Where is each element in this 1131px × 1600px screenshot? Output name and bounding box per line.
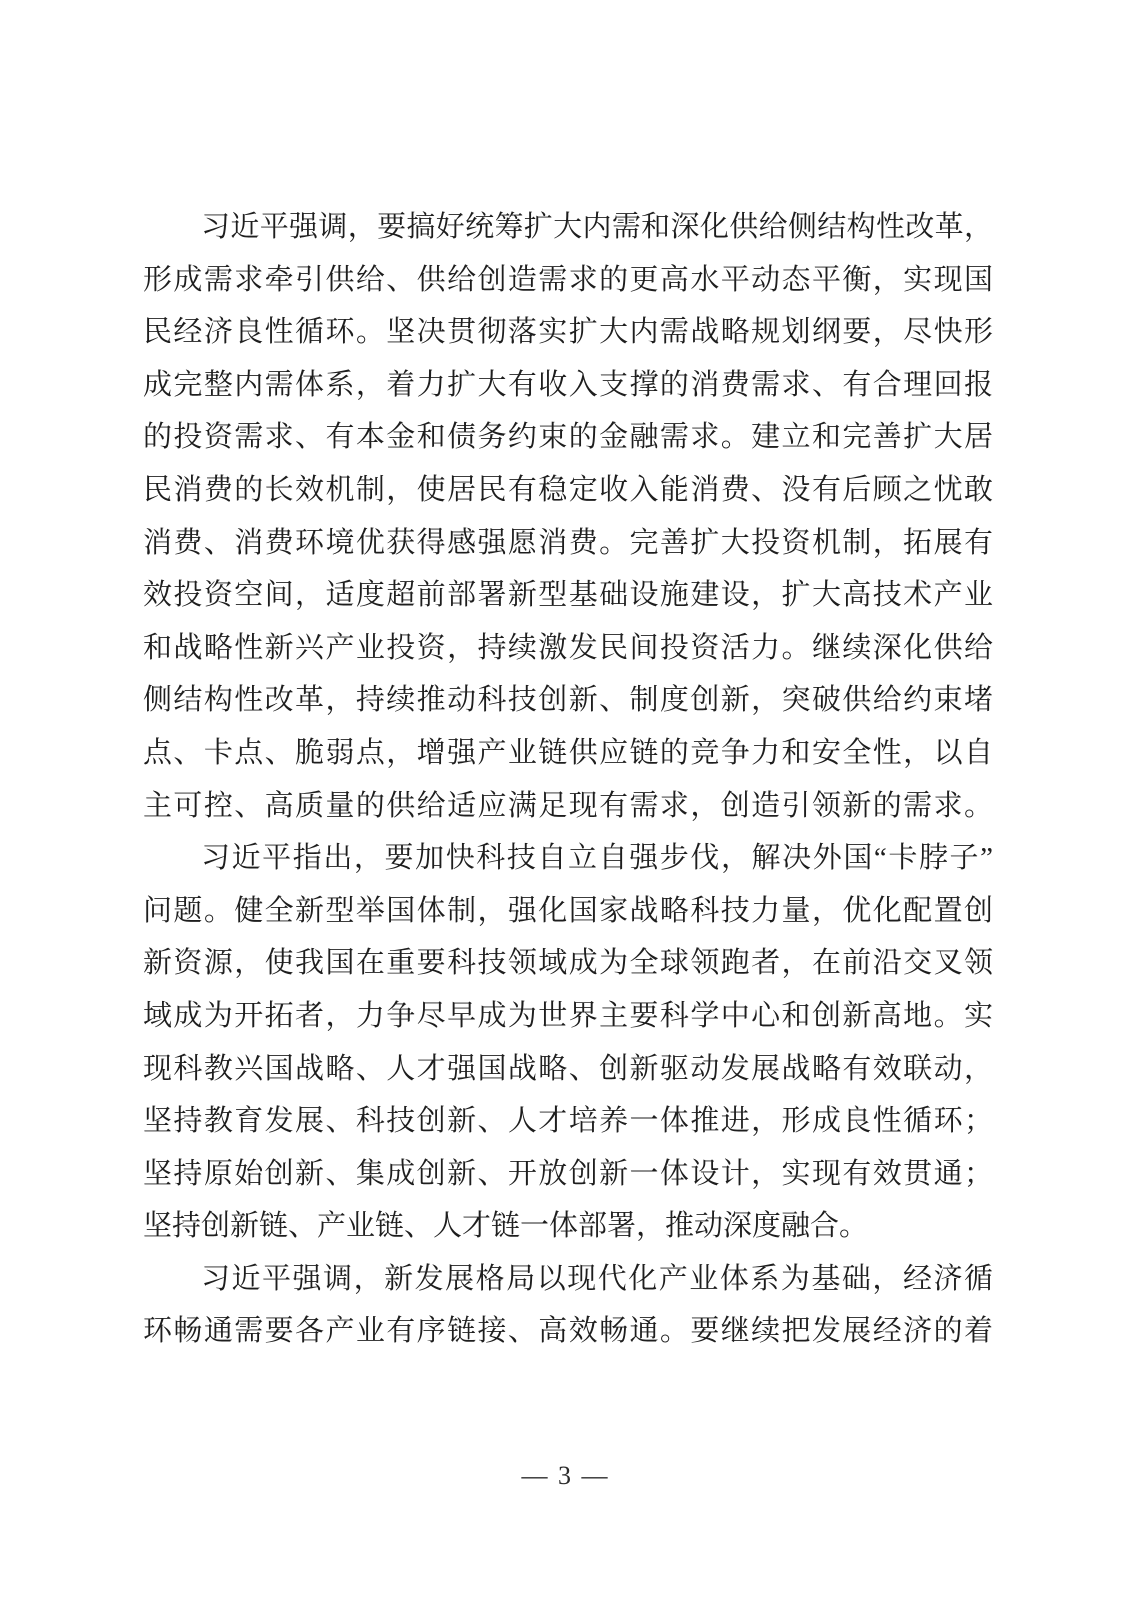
text-line: 点、卡点、脆弱点，增强产业链供应链的竞争力和安全性，以自 — [143, 727, 993, 780]
text-line: 坚持教育发展、科技创新、人才培养一体推进，形成良性循环； — [143, 1095, 993, 1148]
document-page: 习近平强调，要搞好统筹扩大内需和深化供给侧结构性改革，形成需求牵引供给、供给创造… — [0, 0, 1131, 1600]
paragraph: 习近平强调，要搞好统筹扩大内需和深化供给侧结构性改革，形成需求牵引供给、供给创造… — [143, 201, 993, 832]
text-line: 域成为开拓者，力争尽早成为世界主要科学中心和创新高地。实 — [143, 990, 993, 1043]
page-footer: — 3 — — [0, 1458, 1131, 1494]
text-line: 坚持创新链、产业链、人才链一体部署，推动深度融合。 — [143, 1200, 993, 1253]
document-text: 习近平强调，要搞好统筹扩大内需和深化供给侧结构性改革，形成需求牵引供给、供给创造… — [143, 201, 993, 1358]
paragraph: 习近平指出，要加快科技自立自强步伐，解决外国“卡脖子”问题。健全新型举国体制，强… — [143, 832, 993, 1253]
text-line: 新资源，使我国在重要科技领域成为全球领跑者，在前沿交叉领 — [143, 937, 993, 990]
page-number: — 3 — — [522, 1461, 610, 1490]
text-line: 的投资需求、有本金和债务约束的金融需求。建立和完善扩大居 — [143, 411, 993, 464]
text-line: 习近平强调，新发展格局以现代化产业体系为基础，经济循 — [143, 1253, 993, 1306]
text-line: 消费、消费环境优获得感强愿消费。完善扩大投资机制，拓展有 — [143, 517, 993, 570]
text-line: 坚持原始创新、集成创新、开放创新一体设计，实现有效贯通； — [143, 1148, 993, 1201]
text-line: 主可控、高质量的供给适应满足现有需求，创造引领新的需求。 — [143, 780, 993, 833]
text-line: 成完整内需体系，着力扩大有收入支撑的消费需求、有合理回报 — [143, 359, 993, 412]
text-line: 侧结构性改革，持续推动科技创新、制度创新，突破供给约束堵 — [143, 674, 993, 727]
text-line: 现科教兴国战略、人才强国战略、创新驱动发展战略有效联动， — [143, 1043, 993, 1096]
text-line: 环畅通需要各产业有序链接、高效畅通。要继续把发展经济的着 — [143, 1305, 993, 1358]
paragraph: 习近平强调，新发展格局以现代化产业体系为基础，经济循环畅通需要各产业有序链接、高… — [143, 1253, 993, 1358]
text-line: 效投资空间，适度超前部署新型基础设施建设，扩大高技术产业 — [143, 569, 993, 622]
text-line: 习近平指出，要加快科技自立自强步伐，解决外国“卡脖子” — [143, 832, 993, 885]
text-line: 民消费的长效机制，使居民有稳定收入能消费、没有后顾之忧敢 — [143, 464, 993, 517]
text-line: 民经济良性循环。坚决贯彻落实扩大内需战略规划纲要，尽快形 — [143, 306, 993, 359]
text-line: 问题。健全新型举国体制，强化国家战略科技力量，优化配置创 — [143, 885, 993, 938]
text-line: 和战略性新兴产业投资，持续激发民间投资活力。继续深化供给 — [143, 622, 993, 675]
text-line: 习近平强调，要搞好统筹扩大内需和深化供给侧结构性改革， — [143, 201, 993, 254]
text-line: 形成需求牵引供给、供给创造需求的更高水平动态平衡，实现国 — [143, 254, 993, 307]
